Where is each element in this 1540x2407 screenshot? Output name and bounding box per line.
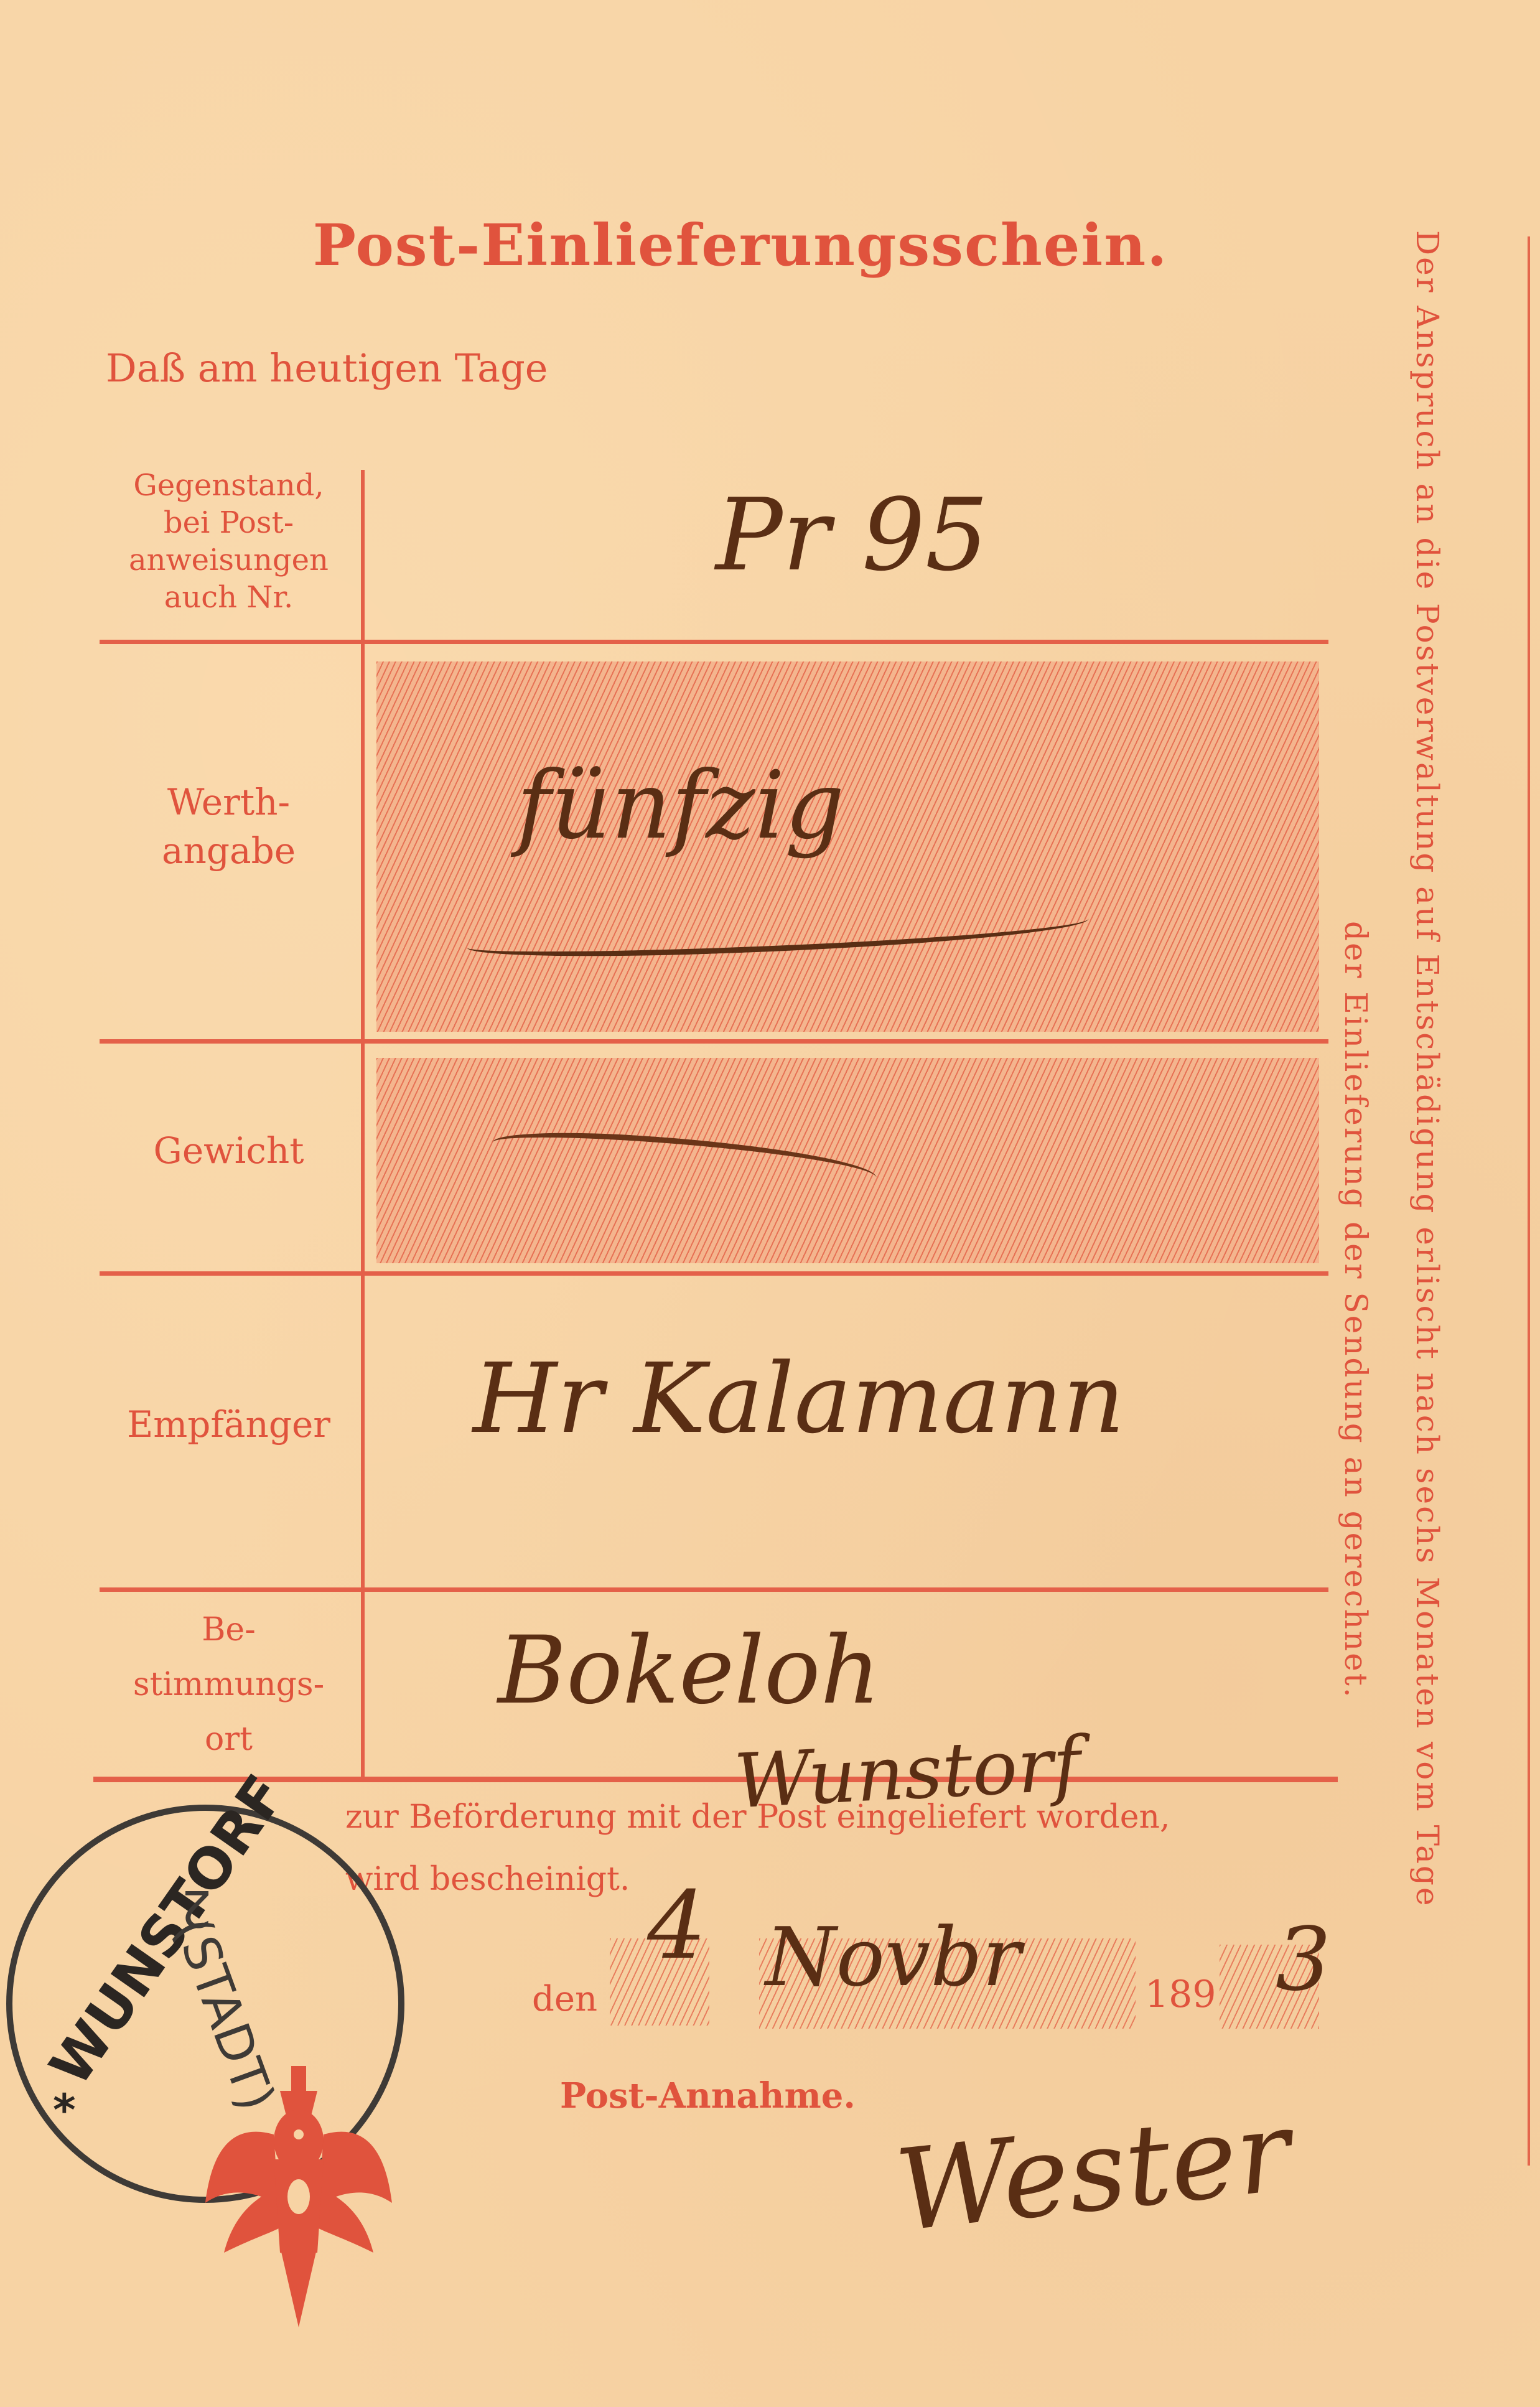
row-divider-5 (93, 1777, 1338, 1782)
label-line: Werth- (96, 778, 361, 826)
handwritten-bestimmungsort[interactable]: Bokeloh (498, 1624, 880, 1718)
label-line: Gegenstand, (96, 467, 361, 504)
card-border-line (1528, 236, 1530, 2166)
column-divider (361, 470, 365, 1777)
side-note-line-2: der Einlieferung der Sendung an gerechne… (1338, 921, 1374, 1699)
row-divider-1 (100, 640, 1328, 644)
label-line: angabe (96, 826, 361, 875)
label-line: auch Nr. (96, 579, 361, 616)
date-year-prefix: 189 (1145, 1973, 1216, 2016)
label-empfaenger: Empfänger (96, 1400, 361, 1449)
footer-line-1: zur Beförderung mit der Post eingeliefer… (345, 1798, 1170, 1836)
handwritten-empfaenger[interactable]: Hr Kalamann (473, 1350, 1125, 1447)
label-line: Gewicht (96, 1126, 361, 1175)
document-title: Post-Einlieferungsschein. (274, 212, 1207, 279)
label-line: stimmungs- (96, 1657, 361, 1712)
row-divider-2 (100, 1039, 1328, 1044)
label-gewicht: Gewicht (96, 1126, 361, 1175)
label-line: bei Post- (96, 504, 361, 541)
imperial-eagle-icon (205, 2066, 392, 2327)
handwritten-date-month[interactable]: Novbr (765, 1917, 1021, 1998)
handwritten-werthangabe[interactable]: fünfzig (516, 759, 844, 853)
handwritten-date-year[interactable]: 3 (1276, 1917, 1331, 2004)
side-note-line-1: Der Anspruch an die Postverwaltung auf E… (1409, 230, 1445, 2222)
label-line: Empfänger (96, 1400, 361, 1449)
label-line: anweisungen (96, 541, 361, 579)
handwritten-date-day[interactable]: 4 (647, 1879, 706, 1973)
label-gegenstand: Gegenstand, bei Post- anweisungen auch N… (96, 467, 361, 616)
row-divider-4 (100, 1587, 1328, 1592)
row-divider-3 (100, 1271, 1328, 1276)
post-annahme-label: Post-Annahme. (560, 2075, 856, 2116)
label-werthangabe: Werth- angabe (96, 778, 361, 875)
intro-text: Daß am heutigen Tage (106, 345, 548, 391)
label-line: Be- (96, 1602, 361, 1657)
date-prefix: den (532, 1979, 597, 2019)
postmark-star-icon: * (53, 2085, 76, 2136)
handwritten-gegenstand[interactable]: Pr 95 (716, 485, 989, 585)
label-line: ort (96, 1712, 361, 1767)
label-bestimmungsort: Be- stimmungs- ort (96, 1602, 361, 1767)
footer-line-2: wird bescheinigt. (345, 1861, 630, 1898)
signature[interactable]: Wester (891, 2095, 1295, 2248)
postmark-number: 2 (180, 1879, 212, 1937)
